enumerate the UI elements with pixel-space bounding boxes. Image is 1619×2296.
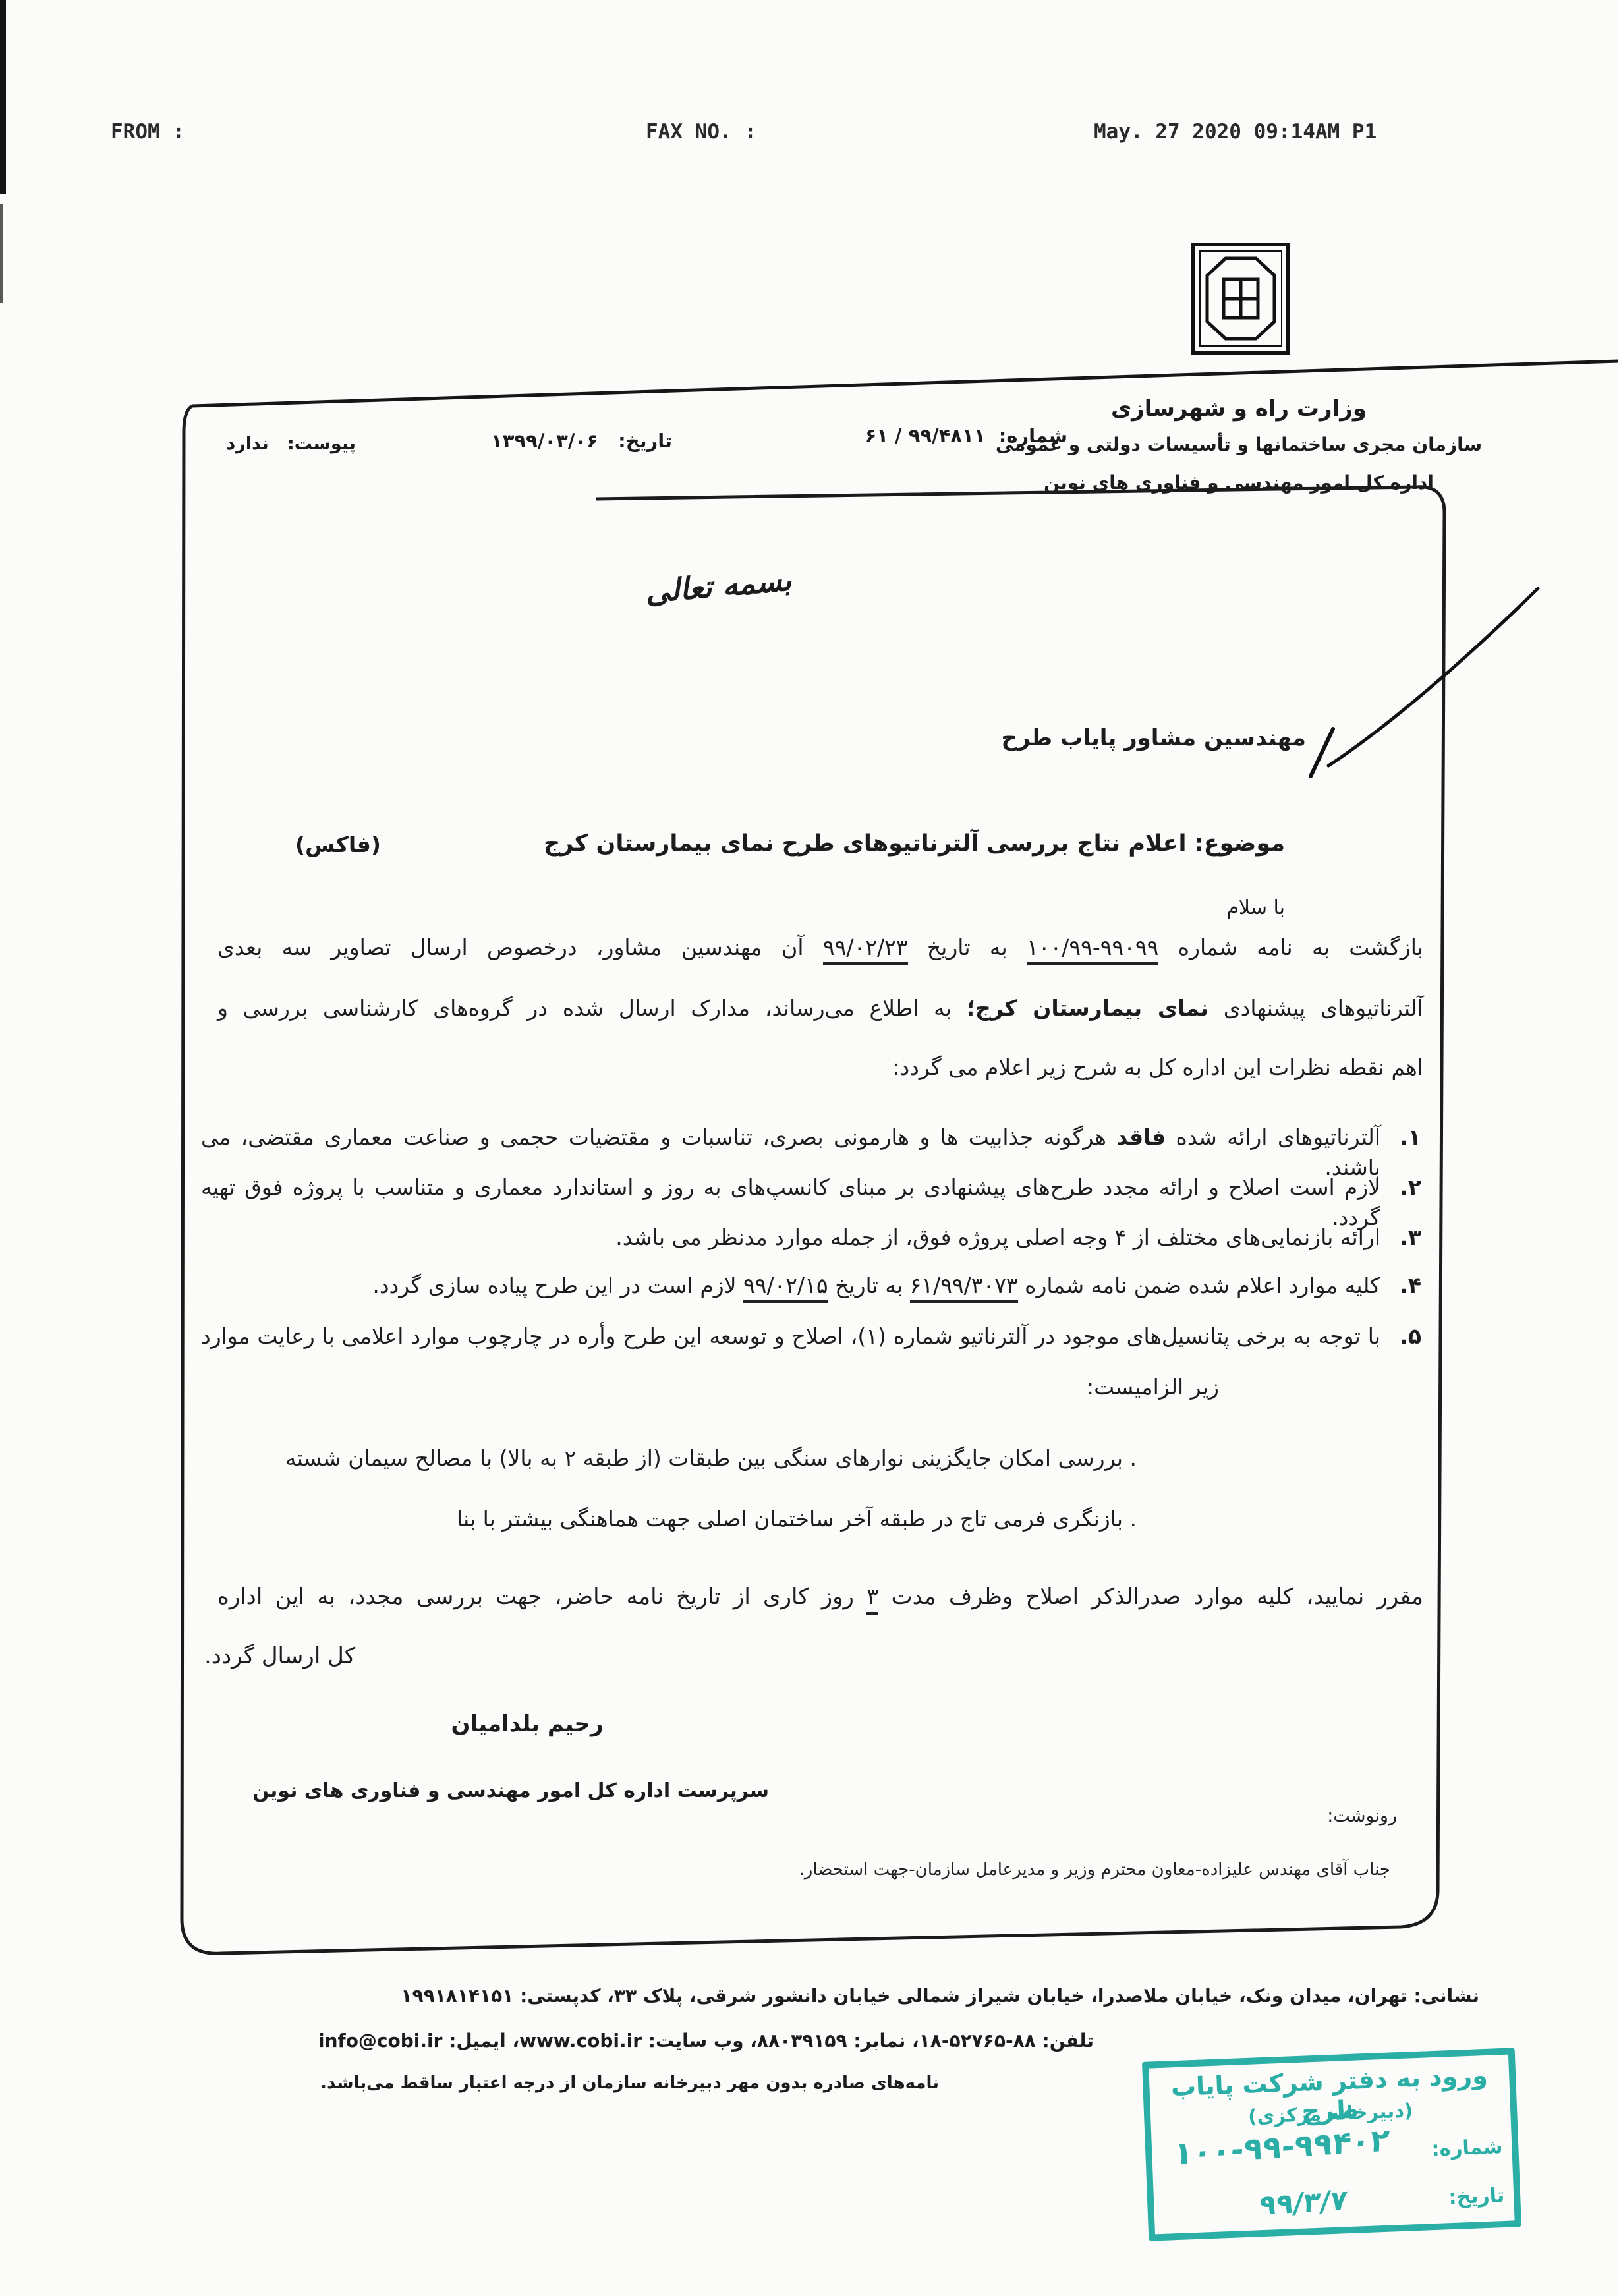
department-name: اداره کل امور مهندسی و فناوری های نوین bbox=[1002, 472, 1476, 494]
signatory-title: سرپرست اداره کل امور مهندسی و فناوری های… bbox=[250, 1779, 771, 1802]
item1-number: ۱. bbox=[1400, 1122, 1421, 1153]
paragraph1-line2: آلترناتیوهای پیشنهادی نمای بیمارستان کرج… bbox=[217, 993, 1423, 1023]
letter-date-label: تاریخ: bbox=[618, 430, 672, 452]
receipt-stamp: ورود به دفتر شرکت پایاب طرح (دبیرخانه مر… bbox=[1142, 2048, 1521, 2241]
letter-number-field: شماره: ۶۱ / ۹۹/۴۸۱۱ bbox=[725, 424, 1067, 447]
sub-bullet-2: . بازنگری فرمی تاج در طبقه آخر ساختمان ا… bbox=[457, 1504, 1137, 1534]
fax-note: (فاکس) bbox=[295, 832, 381, 857]
scanned-fax-letter: FROM : FAX NO. : May. 27 2020 09:14AM P1… bbox=[0, 0, 1619, 2296]
ministry-emblem-icon bbox=[1191, 243, 1290, 355]
item4-text: کلیه موارد اعلام شده ضمن نامه شماره ۶۱/۹… bbox=[201, 1271, 1380, 1301]
item5-text-line1: با توجه به برخی پتانسیل‌های موجود در آلت… bbox=[201, 1321, 1380, 1352]
pen-slash-mark bbox=[1311, 729, 1333, 776]
subject-line: موضوع: اعلام نتاج بررسی آلترناتیوهای طرح… bbox=[544, 830, 1285, 857]
stamp-number-value: ۱۰۰-۹۹-۹۹۴۰۲ bbox=[1173, 2122, 1391, 2172]
item2-number: ۲. bbox=[1400, 1172, 1421, 1203]
signatory-name: رحیم بلدامیان bbox=[422, 1711, 633, 1737]
letter-attachment-field: پیوست: ندارد bbox=[185, 434, 356, 454]
stamp-date-label: تاریخ: bbox=[1448, 2184, 1505, 2209]
sub-bullet-1: . بررسی امکان جایگزینی نوارهای سنگی بین … bbox=[285, 1443, 1137, 1474]
item3-number: ۳. bbox=[1400, 1222, 1421, 1253]
paragraph1-line3: اهم نقطه نظرات این اداره کل به شرح زیر ا… bbox=[217, 1052, 1423, 1083]
stamp-number-label: شماره: bbox=[1431, 2135, 1503, 2161]
closing-line1: مقرر نمایید، کلیه موارد صدرالذکر اصلاح و… bbox=[217, 1582, 1423, 1612]
ministry-name: وزارت راه و شهرسازی bbox=[1002, 395, 1476, 422]
letter-date-value: ۱۳۹۹/۰۳/۰۶ bbox=[491, 430, 598, 452]
letter-date-field: تاریخ: ۱۳۹۹/۰۳/۰۶ bbox=[395, 430, 672, 452]
copy-note-label: رونوشت: bbox=[1327, 1806, 1397, 1826]
letter-attachment-value: ندارد bbox=[226, 434, 268, 454]
salutation: با سلام bbox=[1226, 896, 1285, 919]
copy-note-line: جناب آقای مهندس علیزاده-معاون محترم وزیر… bbox=[799, 1860, 1390, 1880]
recipient-line: مهندسین مشاور پایاب طرح bbox=[1002, 725, 1306, 751]
footer-disclaimer: نامه‌های صادره بدون مهر دبیرخانه سازمان … bbox=[320, 2073, 939, 2093]
item5-number: ۵. bbox=[1400, 1321, 1421, 1352]
letter-number-value: ۶۱ / ۹۹/۴۸۱۱ bbox=[865, 424, 986, 447]
closing-line2: کل ارسال گردد. bbox=[204, 1641, 355, 1671]
letter-attachment-label: پیوست: bbox=[287, 434, 356, 454]
stamp-date-value: ۹۹/۳/۷ bbox=[1258, 2183, 1348, 2222]
letter-number-label: شماره: bbox=[999, 424, 1067, 447]
item5-text-line2: زیر الزامیست: bbox=[1087, 1372, 1219, 1402]
item4-number: ۴. bbox=[1400, 1271, 1421, 1301]
item3-text: ارائه بازنمایی‌های مختلف از ۴ وجه اصلی پ… bbox=[201, 1222, 1380, 1253]
pen-stroke-mark bbox=[1328, 588, 1538, 766]
footer-address: نشانی: تهران، میدان ونک، خیابان ملاصدرا،… bbox=[401, 1985, 1479, 2007]
paragraph1-line1: بازگشت به نامه شماره ۱۰۰/۹۹-۹۹۰۹۹ به تار… bbox=[217, 933, 1423, 963]
footer-contact: تلفن: ۸۸-۵۲۷۶۵-۱۸، نمابر: ۸۸۰۳۹۱۵۹، وب س… bbox=[318, 2030, 1094, 2052]
